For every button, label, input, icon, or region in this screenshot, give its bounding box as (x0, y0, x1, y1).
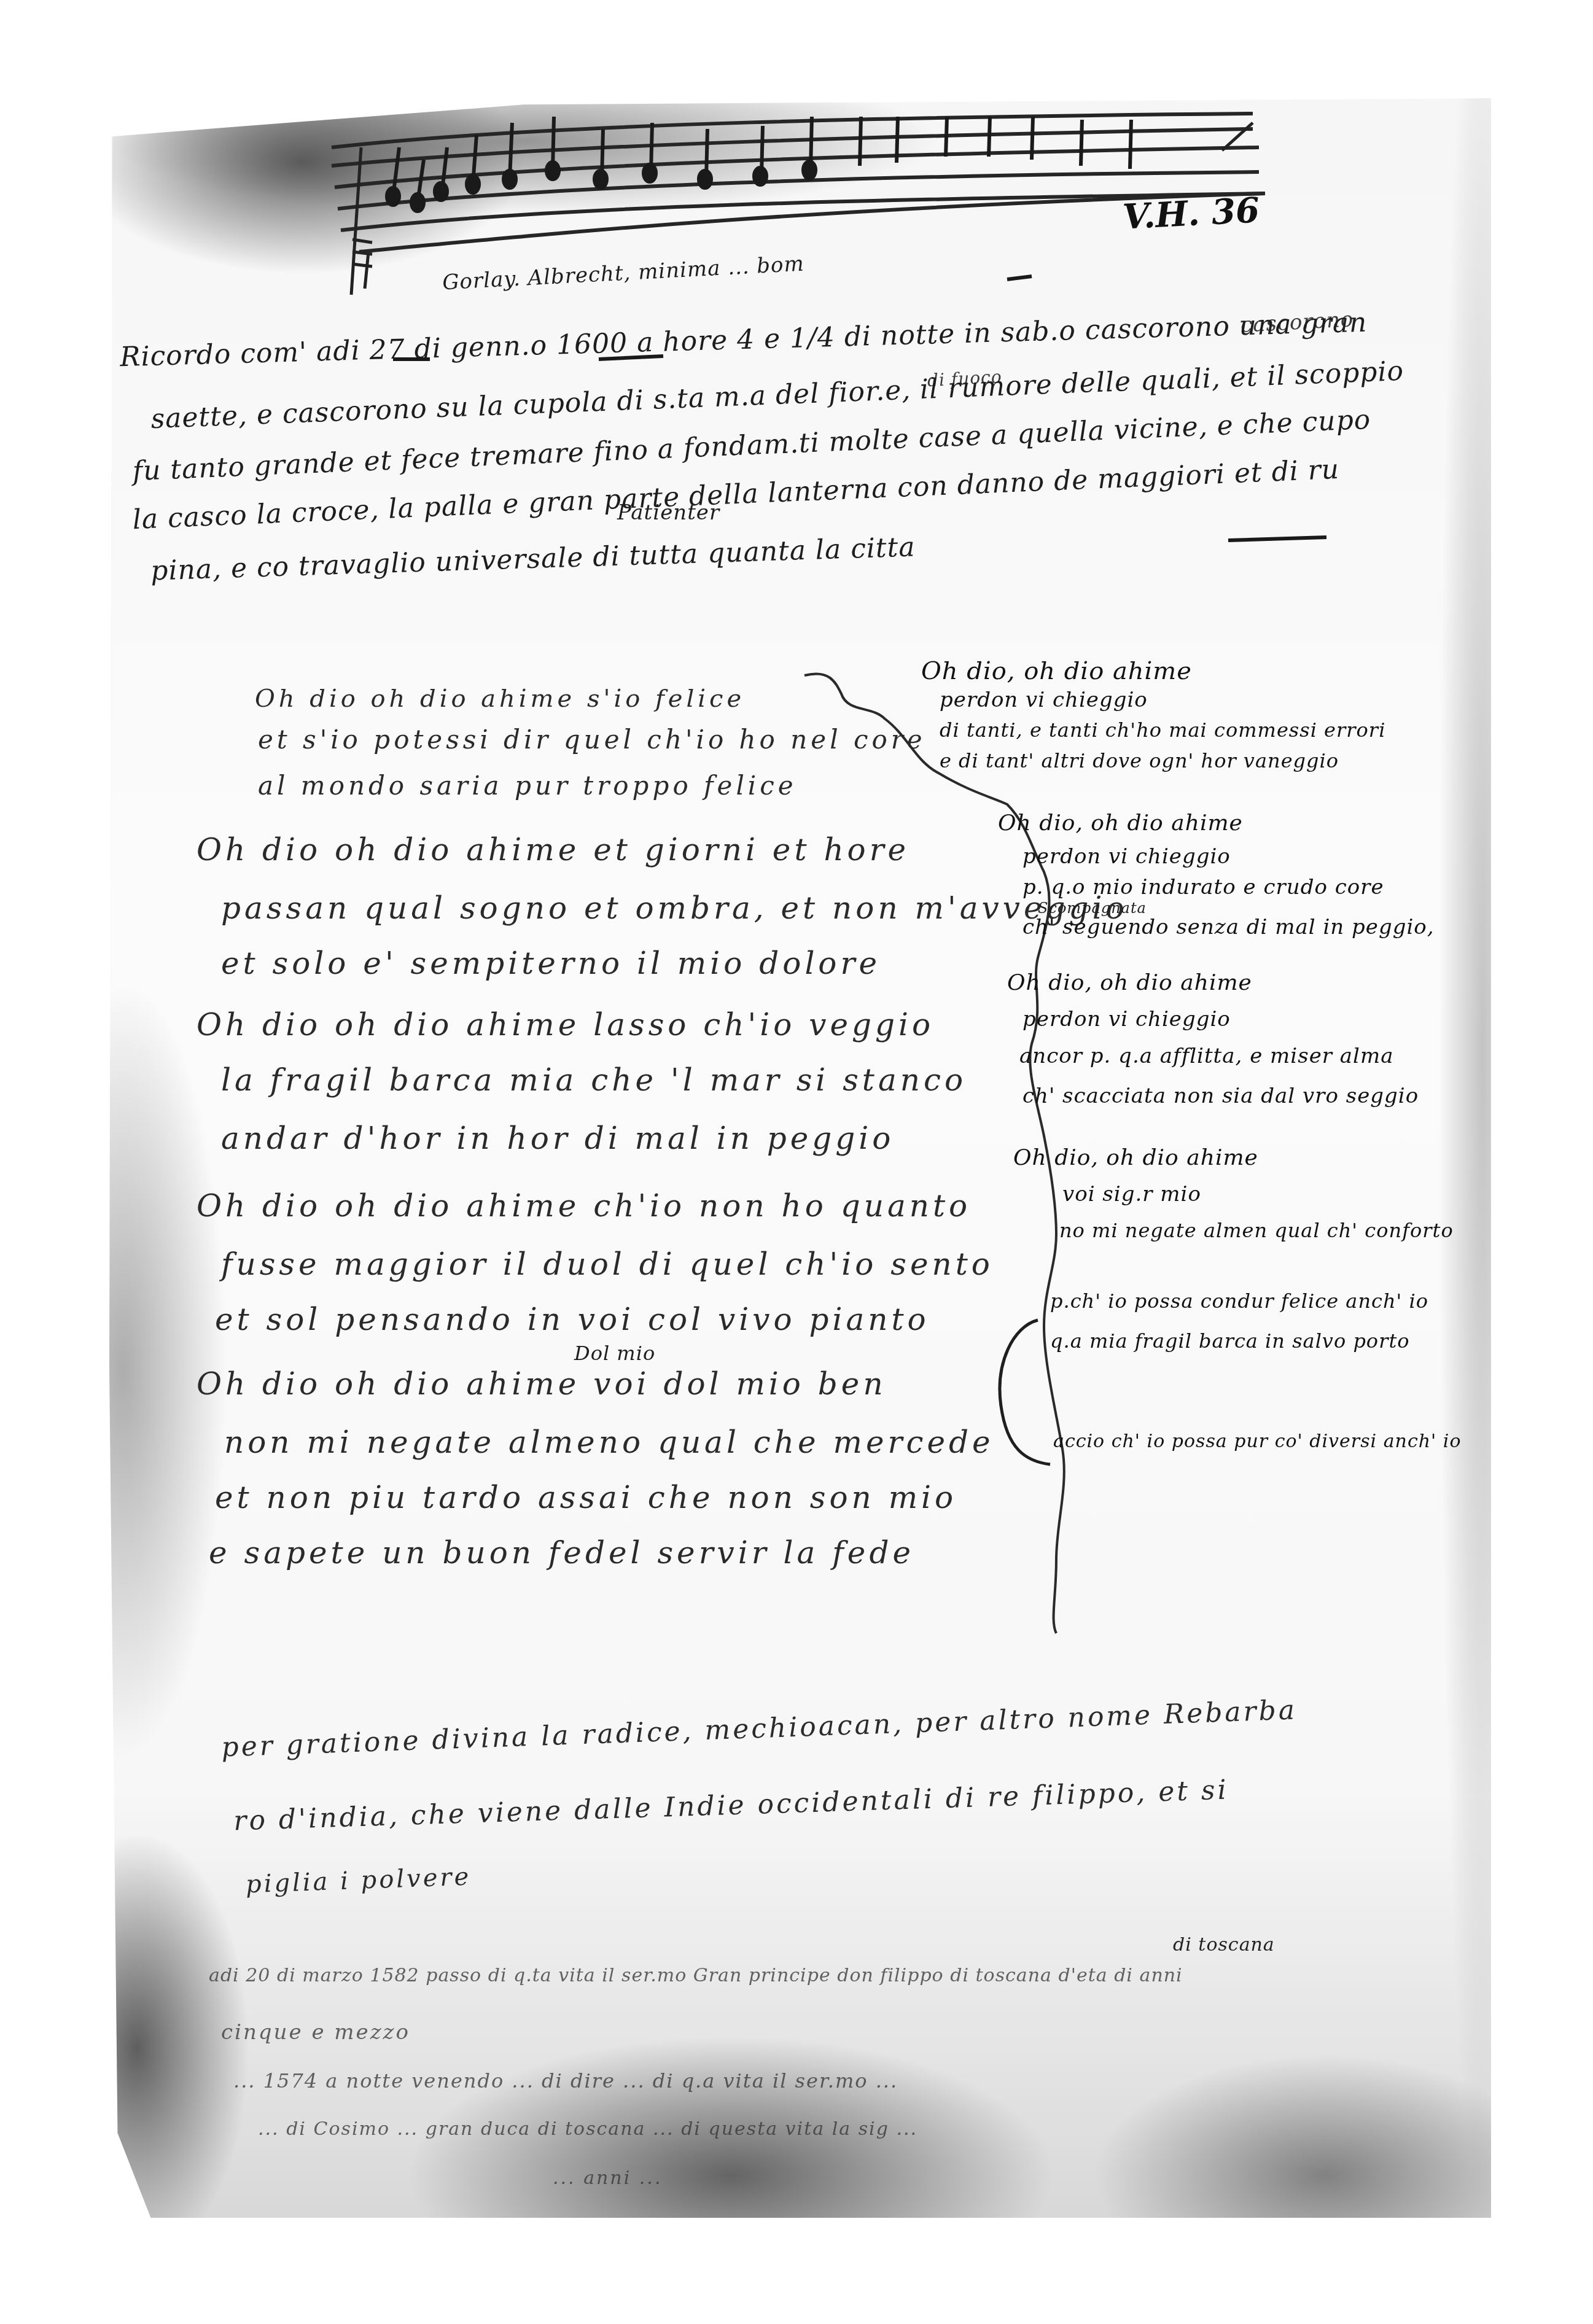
bottom-faded-line-1: adi 20 di marzo 1582 passo di q.ta vita … (209, 1965, 1183, 1986)
verse-right-line-12: ch' scacciata non sia dal vro seggio (1022, 1084, 1419, 1108)
verse-left-line-6: et solo e' sempiterno il mio dolore (221, 946, 881, 981)
prose-interlinear-patienter: Patienter (617, 500, 720, 525)
verse-right-line-15: no mi negate almen qual ch' conforto (1059, 1219, 1454, 1242)
verse-left-line-16: e sapete un buon fedel servir la fede (209, 1535, 914, 1571)
verse-right-line-10: perdon vi chieggio (1022, 1007, 1231, 1032)
verse-right-line-16: p.ch' io possa condur felice anch' io (1050, 1289, 1428, 1313)
bottom-faded-interlinear: di toscana (1173, 1934, 1275, 1956)
verse-right-line-17: q.a mia fragil barca in salvo porto (1050, 1329, 1410, 1353)
bottom-faded-line-4: ... di Cosimo ... gran duca di toscana .… (258, 2118, 917, 2140)
verse-right-line-14: voi sig.r mio (1062, 1182, 1201, 1207)
verse-right-line-18: accio ch' io possa pur co' diversi anch'… (1053, 1431, 1461, 1452)
verse-left-line-10: Oh dio oh dio ahime ch'io non ho quanto (197, 1188, 971, 1224)
verse-right-line-8: ch' seguendo senza di mal in peggio, (1022, 915, 1435, 939)
verse-left-line-14: non mi negate almeno qual che mercede (224, 1424, 994, 1460)
verse-right-line-2: perdon vi chieggio (940, 688, 1148, 712)
verse-right-line-13: Oh dio, oh dio ahime (1013, 1145, 1258, 1170)
verse-right-line-9: Oh dio, oh dio ahime (1007, 970, 1252, 995)
verse-left-line-12: et sol pensando in voi col vivo pianto (215, 1302, 930, 1337)
verse-right-line-3: di tanti, e tanti ch'ho mai commessi err… (940, 718, 1385, 742)
verse-left-line-15: et non piu tardo assai che non son mio (215, 1480, 957, 1515)
verse-left-line-9: andar d'hor in hor di mal in peggio (221, 1121, 894, 1156)
bottom-faded-line-2: cinque e mezzo (221, 2020, 410, 2045)
verse-left-line-5: passan qual sogno et ombra, et non m'avv… (221, 890, 1128, 926)
verse-right-line-11: ancor p. q.a afflitta, e miser alma (1019, 1044, 1394, 1068)
verse-left-line-4: Oh dio oh dio ahime et giorni et hore (197, 832, 909, 868)
verse-left-line-13: Oh dio oh dio ahime voi dol mio ben (197, 1366, 887, 1402)
verse-left-line-11: fusse maggior il duol di quel ch'io sent… (221, 1246, 994, 1282)
bottom-faded-line-3: ... 1574 a notte venendo ... di dire ...… (233, 2069, 898, 2093)
verse-left-line-3: al mondo saria pur troppo felice (258, 771, 797, 801)
verse-right-line-5: Oh dio, oh dio ahime (998, 810, 1243, 836)
shelfmark-label: V.H. 36 (1121, 190, 1260, 238)
bottom-faded-line-5: ... anni ... (553, 2167, 662, 2189)
verse-right-line-7: p. q.o mio indurato e crudo core (1022, 875, 1384, 900)
verse-right-line-1: Oh dio, oh dio ahime (921, 657, 1192, 685)
verse-right-line-4: e di tant' altri dove ogn' hor vaneggio (940, 749, 1339, 772)
verse-left-line-2: et s'io potessi dir quel ch'io ho nel co… (258, 725, 926, 755)
verse-left-line-1: Oh dio oh dio ahime s'io felice (255, 685, 745, 713)
verse-left-line-8: la fragil barca mia che 'l mar si stanco (221, 1062, 967, 1098)
verse-left-line-7: Oh dio oh dio ahime lasso ch'io veggio (197, 1007, 934, 1043)
verse-left-interlinear: Dol mio (574, 1342, 655, 1365)
verse-right-line-6: perdon vi chieggio (1022, 844, 1231, 869)
verse-right-struck-heading: Scompagnata (1038, 900, 1147, 917)
